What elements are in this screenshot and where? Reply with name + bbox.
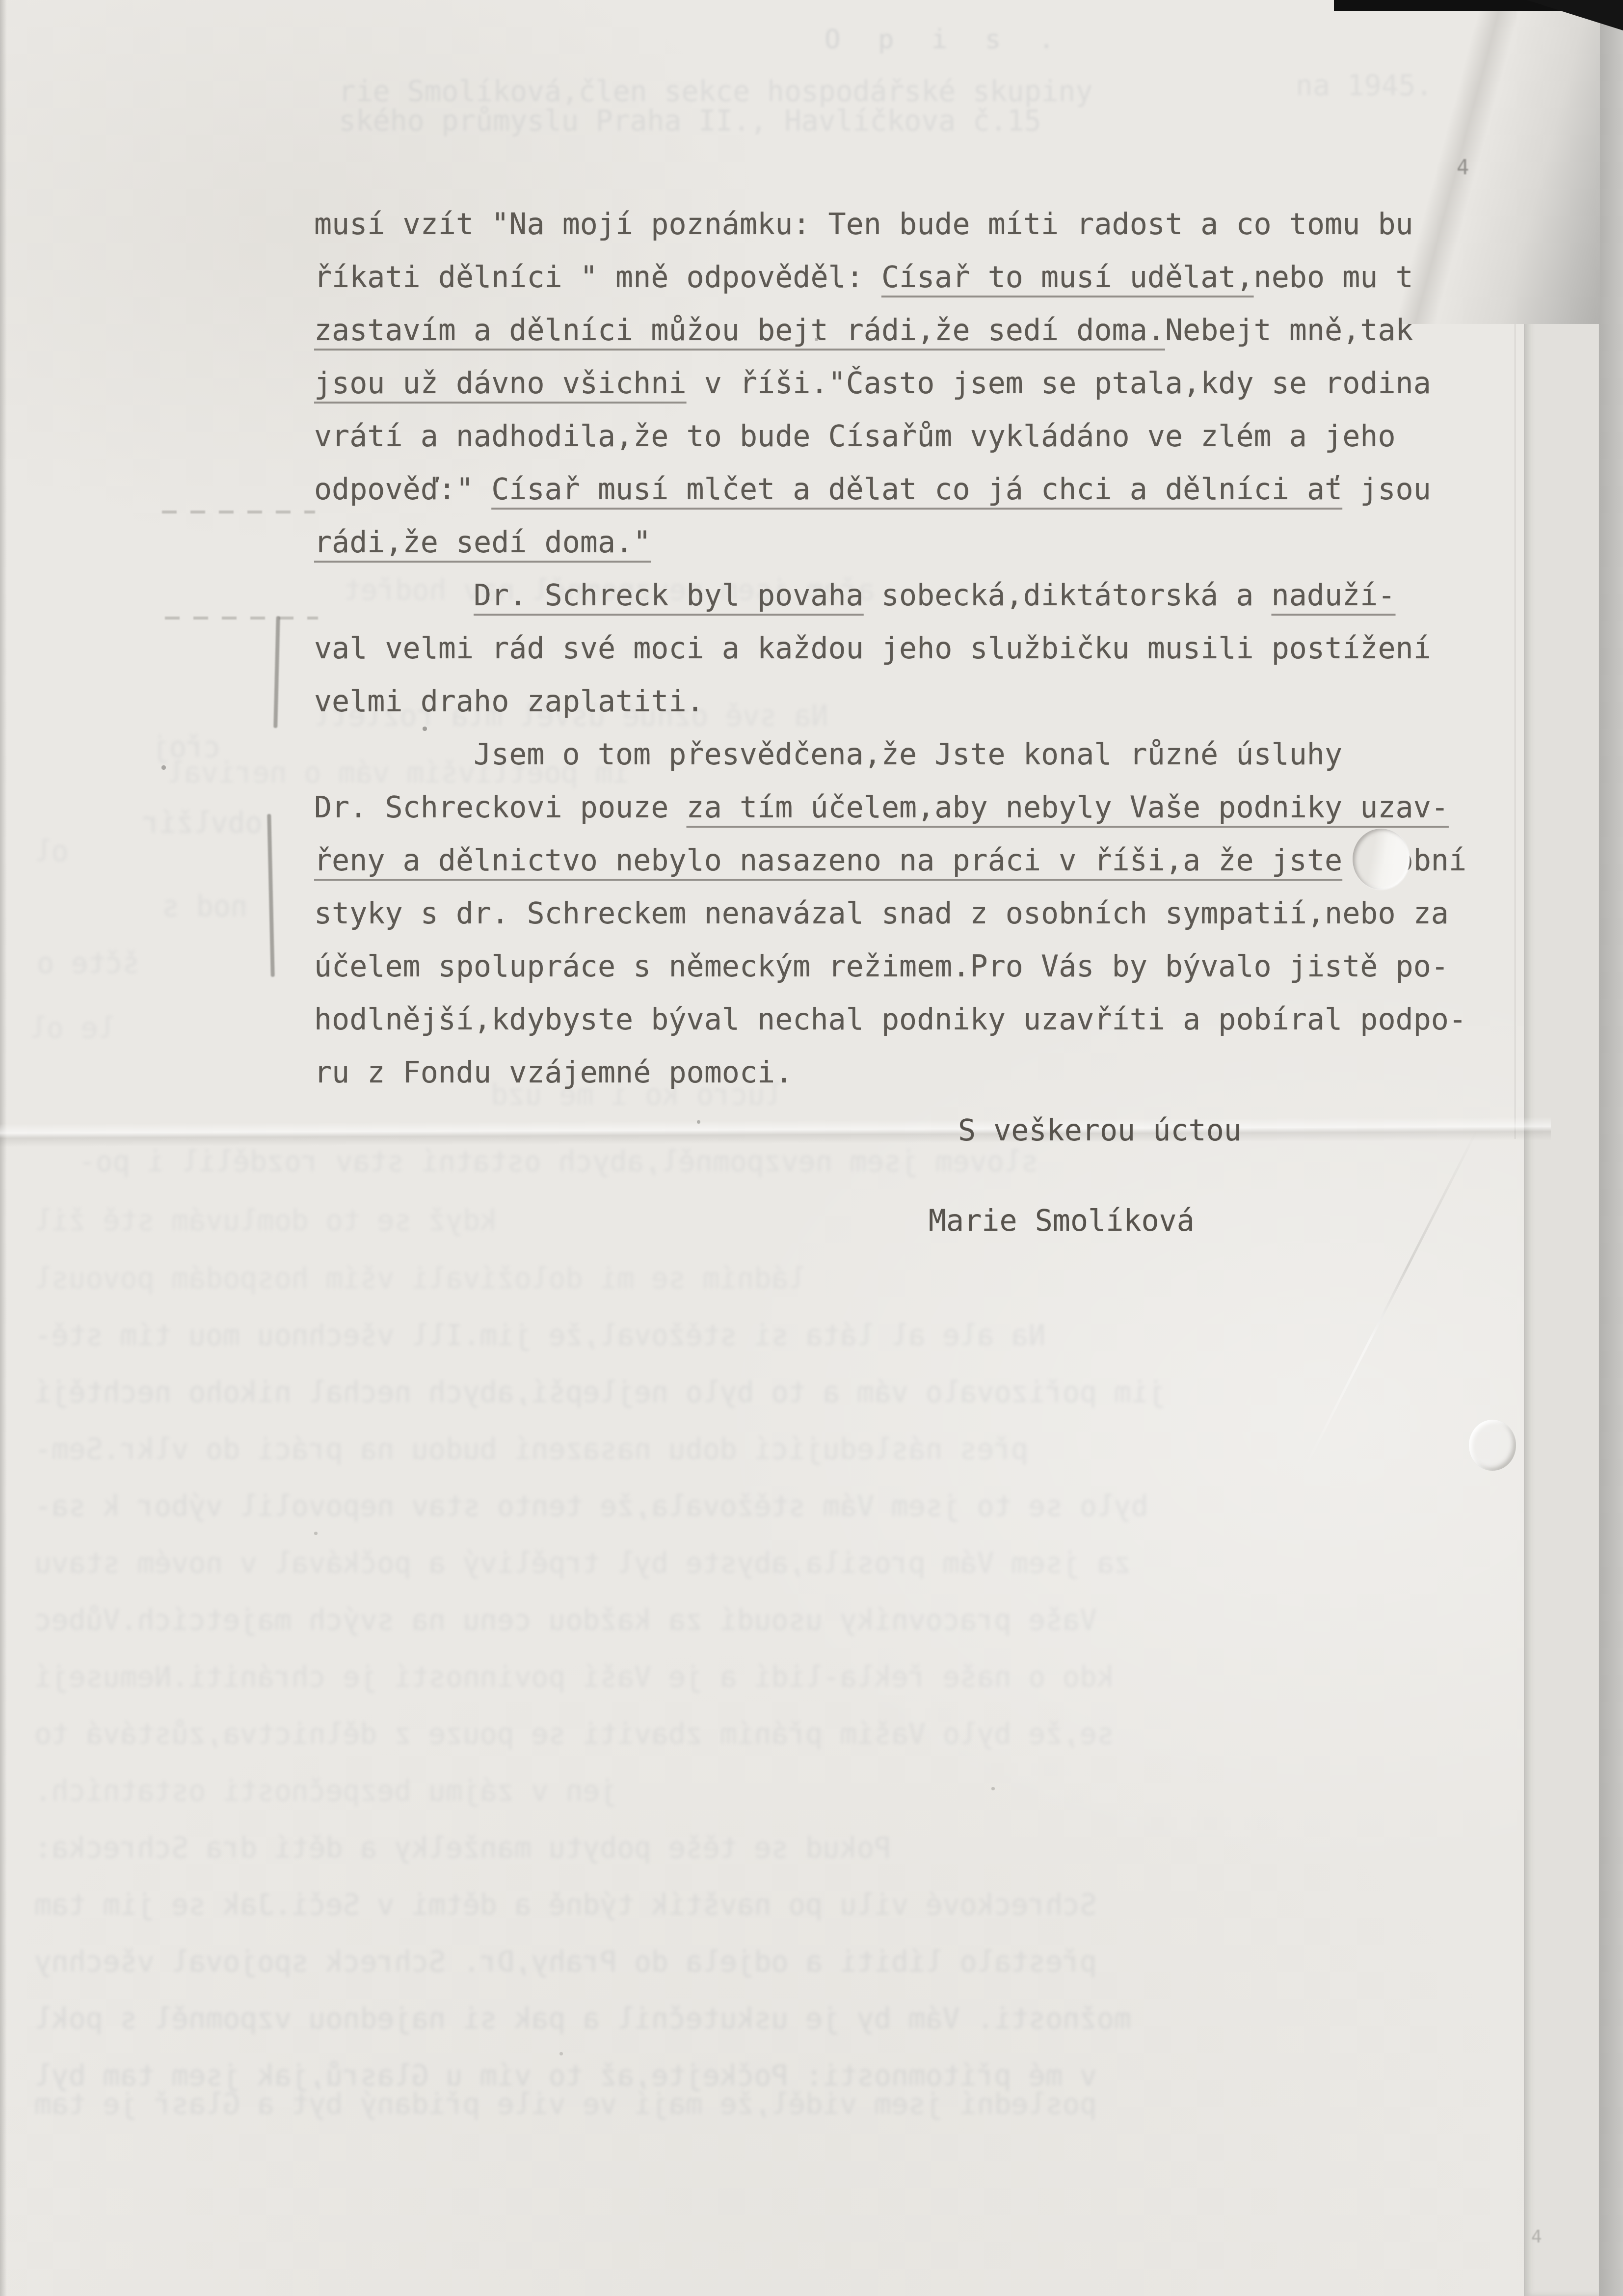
bleedthrough-line: ol [34,835,69,868]
letter-body: musí vzít "Na mojí poznámku: Ten bude mí… [314,198,1507,1099]
line-segment: hodlnější,kdybyste býval nechal podniky … [314,1002,1466,1037]
embossed-circle-mark [1469,1420,1516,1471]
bleedthrough-line: le ol [29,1011,115,1045]
scanner-background-strip [1599,0,1623,2296]
letter-line: odpověď:" Císař musí mlčet a dělat co já… [314,463,1507,516]
letter-line: vrátí a nadhodila,že to bude Císařům vyk… [314,410,1507,463]
pencil-numeral-bottom: 4 [1531,2227,1542,2247]
line-segment: musí vzít "Na mojí poznámku: Ten bude mí… [314,207,1413,242]
bleedthrough-line: nod s [162,890,248,923]
margin-pencil-stroke [267,814,275,977]
bleedthrough-line: cřoj [152,730,221,764]
bleedthrough-line: bylo se to jsem Vám stěžovala,že tento s… [34,1489,1148,1523]
letter-line: val velmi rád své moci a každou jeho slu… [314,622,1507,675]
line-segment: nebo mu t [1254,260,1413,295]
margin-dash-marks [165,617,318,620]
punch-hole [1353,829,1410,890]
bleedthrough-line: Na ale al láta si stěžoval,že jim.Ill vš… [34,1319,1045,1352]
pencil-numeral: 4 [1457,155,1469,179]
letter-line: velmi draho zaplatiti. [314,675,1507,728]
bleedthrough-line: ládním se mi doložívali vším hospodám po… [34,1262,805,1295]
bleedthrough-line: možnosti. Vám by je uskutečnil a pak si … [34,2002,1131,2035]
bleedthrough-line: se,že bylo Vaším přáním zbaviti se pouze… [34,1717,1114,1751]
paper-specks [0,0,1,1]
bleedthrough-line: přes následující dobu nasazení budou na … [34,1432,1028,1466]
underlined-segment: naduží- [1272,578,1396,613]
letter-line: Dr. Schreck byl povaha sobecká,diktátors… [314,569,1507,622]
bleedthrough-line: slovem jsem nevzpomněl,abych ostatní sta… [79,1145,1038,1178]
underlined-segment: řeny a dělnictvo nebylo nasazeno na prác… [314,843,1342,878]
line-segment: Nebejt mně,tak [1165,313,1413,348]
margin-dash-marks [162,511,315,513]
letter-line: Dr. Schreckovi pouze za tím účelem,aby n… [314,781,1507,834]
left-edge-shadow [0,0,7,2296]
letter-line: hodlnější,kdybyste býval nechal podniky … [314,993,1507,1046]
bleedthrough-line: za jsem Vám prosila,abyste byl trpělivý … [34,1546,1131,1580]
line-segment: vrátí a nadhodila,že to bude Císařům vyk… [314,419,1396,454]
margin-pencil-stroke [273,616,280,728]
bleedthrough-line: jim pořizovalo vám a to bylo nejlepší,ab… [34,1376,1166,1409]
underlying-sheet-edge [1524,0,1600,2296]
bleedthrough-line: Vaše pracovníky usoudí za každou cenu na… [34,1603,1097,1637]
diagonal-wrinkle [1303,1129,1479,1471]
letter-line: musí vzít "Na mojí poznámku: Ten bude mí… [314,198,1507,251]
horizontal-crease [0,1117,1551,1147]
line-segment: sobecká,diktátorská a [864,578,1272,613]
line-segment: Jsem o tom přesvědčena,že Jste konal růz… [474,737,1342,772]
bleedthrough-line: když se to domluvám stě žil [34,1204,497,1237]
bleedthrough-line: kdo o naše řekla-lidí a je Vaší povinnos… [34,1660,1114,1694]
scanned-letter-page: O p i s . rie Smolíková,člen sekce hospo… [0,0,1623,2296]
line-segment: velmi draho zaplatiti. [314,684,704,719]
letter-line: Jsem o tom přesvědčena,že Jste konal růz… [314,728,1507,781]
letter-line: jsou už dávno všichni v říši."Často jsem… [314,357,1507,410]
letter-line: styky s dr. Schreckem nenavázal snad z o… [314,887,1507,940]
letter-line: účelem spolupráce s německým režimem.Pro… [314,940,1507,993]
letter-signature: Marie Smolíková [929,1204,1195,1238]
underlined-segment: Císař to musí udělat, [881,260,1254,295]
bleedthrough-line: Schreckové vilu po navštík týdně a dětmi… [34,1888,1097,1921]
letter-line: ru z Fondu vzájemné pomoci. [314,1046,1507,1099]
ghost-heading-opis: O p i s . [825,24,1065,54]
underlined-segment: zastavím a dělníci můžou bejt rádi,že se… [314,313,1165,348]
line-segment: odpověď:" [314,472,491,507]
underlined-segment: za tím účelem,aby nebyly Vaše podniky uz… [687,790,1449,825]
letter-line: řeny a dělnictvo nebylo nasazeno na prác… [314,834,1507,887]
letter-line: říkati dělníci " mně odpověděl: Císař to… [314,251,1507,304]
line-segment: jsou [1342,472,1431,507]
bleedthrough-line: Pokud se těše pobytu manželky a dětí dra… [34,1831,891,1864]
underlined-segment: Císař musí mlčet a dělat co já chci a dě… [491,472,1342,507]
bleedthrough-line: ščte o [37,946,140,980]
line-segment: Dr. Schreckovi pouze [314,790,687,825]
underlined-segment: Dr. Schreck byl povaha [474,578,864,613]
letter-line: zastavím a dělníci můžou bejt rádi,že se… [314,304,1507,357]
bleedthrough-line: obvlžír [142,806,262,839]
line-segment: ru z Fondu vzájemné pomoci. [314,1055,793,1090]
bleedthrough-line: poslední jsem viděl,že mají ve vile přid… [34,2087,1097,2121]
line-segment: styky s dr. Schreckem nenavázal snad z o… [314,896,1449,931]
letter-line: rádi,že sedí doma." [314,516,1507,569]
underlined-segment: jsou už dávno všichni [314,366,687,401]
line-segment: v říši."Často jsem se ptala,kdy se rodin… [687,366,1431,401]
bleedthrough-line: jen v zájmu bezpečnosti ostatních. [34,1774,617,1808]
line-segment: val velmi rád své moci a každou jeho slu… [314,631,1431,666]
ghost-header-line: rie Smolíková,člen sekce hospodářské sku… [339,75,1092,108]
bleedthrough-line: přestalo líbiti a odjela do Prahy,Dr. Sc… [34,1945,1097,1978]
underlined-segment: rádi,že sedí doma." [314,525,651,560]
line-segment: účelem spolupráce s německým režimem.Pro… [314,949,1449,984]
letter-closing: S veškerou úctou [958,1113,1242,1148]
ghost-header-line: ského průmyslu Praha II., Havlíčkova č.1… [339,104,1041,137]
ghost-date-fragment: na 1945. [1296,69,1433,102]
line-segment: říkati dělníci " mně odpověděl: [314,260,881,295]
